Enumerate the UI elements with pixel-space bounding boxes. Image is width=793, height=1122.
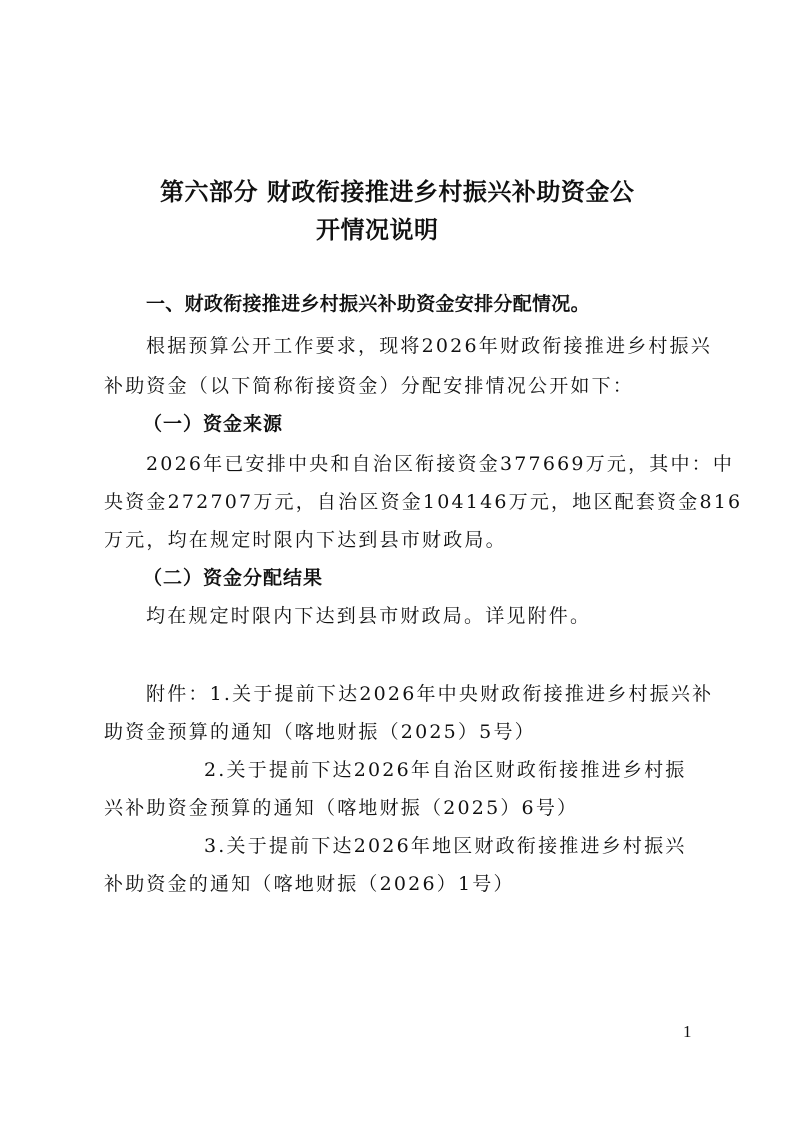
subsection-heading-allocation-result: （二）资金分配结果 [143,566,323,590]
page-number: 1 [683,1022,692,1042]
document-title-line-1: 第六部分 财政衔接推进乡村振兴补助资金公 [160,176,634,208]
section-heading-allocation: 一、财政衔接推进乡村振兴补助资金安排分配情况。 [146,292,590,316]
paragraph-intro-line-2: 补助资金（以下简称衔接资金）分配安排情况公开如下： [104,374,634,398]
document-page: 第六部分 财政衔接推进乡村振兴补助资金公 开情况说明 一、财政衔接推进乡村振兴补… [0,0,793,1122]
attachment-3-line-1: 3.关于提前下达2026年地区财政衔接推进乡村振兴 [204,834,686,858]
paragraph-intro-line-1: 根据预算公开工作要求，现将2026年财政衔接推进乡村振兴 [146,334,712,358]
document-title-line-2: 开情况说明 [316,214,439,246]
attachment-1-line-2: 助资金预算的通知（喀地财振（2025）5号） [104,720,536,744]
paragraph-fund-source-line-2: 央资金272707万元，自治区资金104146万元，地区配套资金816 [104,490,742,514]
attachment-2-line-1: 2.关于提前下达2026年自治区财政衔接推进乡村振 [204,758,686,782]
attachment-2-line-2: 兴补助资金预算的通知（喀地财振（2025）6号） [104,796,578,820]
paragraph-fund-source-line-3: 万元，均在规定时限内下达到县市财政局。 [104,528,507,552]
paragraph-fund-source-line-1: 2026年已安排中央和自治区衔接资金377669万元，其中：中 [146,452,734,476]
paragraph-allocation-result: 均在规定时限内下达到县市财政局。详见附件。 [146,604,591,628]
subsection-heading-fund-source: （一）资金来源 [143,412,283,436]
attachment-1-line-1: 附件：1.关于提前下达2026年中央财政衔接推进乡村振兴补 [146,682,713,706]
attachment-3-line-2: 补助资金的通知（喀地财振（2026）1号） [104,872,515,896]
